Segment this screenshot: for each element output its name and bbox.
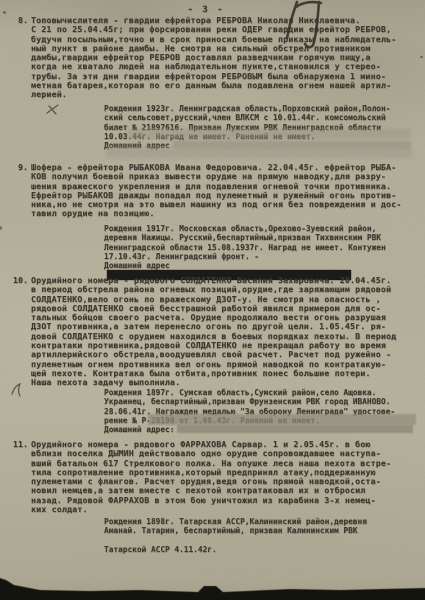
ink-speck [0, 226, 2, 230]
entry-10: 10. Орудийного номера - рядового СОЛДАТЕ… [0, 276, 419, 388]
entry-8-number: 8. [6, 16, 28, 25]
redaction-bar-faint [173, 141, 411, 149]
entry-9: 9. Шофера - ефрейтора РЫБАКОВА Ивана Фед… [0, 163, 419, 219]
entry-9-body: Шофера - ефрейтора РЫБАКОВА Ивана Федоро… [31, 163, 419, 219]
scan-bottom-edge [0, 560, 425, 600]
entry-11: 11. Орудийного номера - рядового ФАРРАХО… [0, 440, 419, 514]
entry-11-birth-block: Рождения 1898г. Татарская АССР,Калининск… [104, 517, 416, 554]
entry-9-birth-block: Рождения 1917г. Московская область,Орехо… [104, 224, 416, 282]
document-page: - 3 - 8. Топовычислителя - гвардии ефрей… [0, 0, 425, 600]
ink-speck [3, 11, 6, 14]
entry-11-body: Орудийного номера - рядового ФАРРАХОВА С… [31, 440, 419, 514]
entry-10-birth-block: Рождения 1897г. Сумская область,Сумский … [104, 388, 416, 434]
entry-11-birth-text: Рождения 1898г. Татарская АССР,Калининск… [104, 517, 367, 554]
entry-10-number: 10. [6, 276, 28, 285]
entry-8-body: Топовычислителя - гвардии ефрейтора РЕБР… [31, 16, 419, 100]
entry-9-number: 9. [6, 163, 28, 172]
entry-8: 8. Топовычислителя - гвардии ефрейтора Р… [0, 16, 419, 100]
ink-speck [420, 56, 423, 58]
page-number: - 3 - [170, 5, 242, 15]
entry-10-body: Орудийного номера - рядового СОЛДАТЕНКО … [31, 276, 419, 388]
redaction-bar-smudge [177, 425, 413, 433]
entry-11-number: 11. [6, 440, 28, 449]
entry-8-birth-block: Рождения 1923г. Ленинградская область,По… [104, 104, 416, 150]
entry-9-birth-text: Рождения 1917г. Московская область,Орехо… [104, 224, 386, 270]
